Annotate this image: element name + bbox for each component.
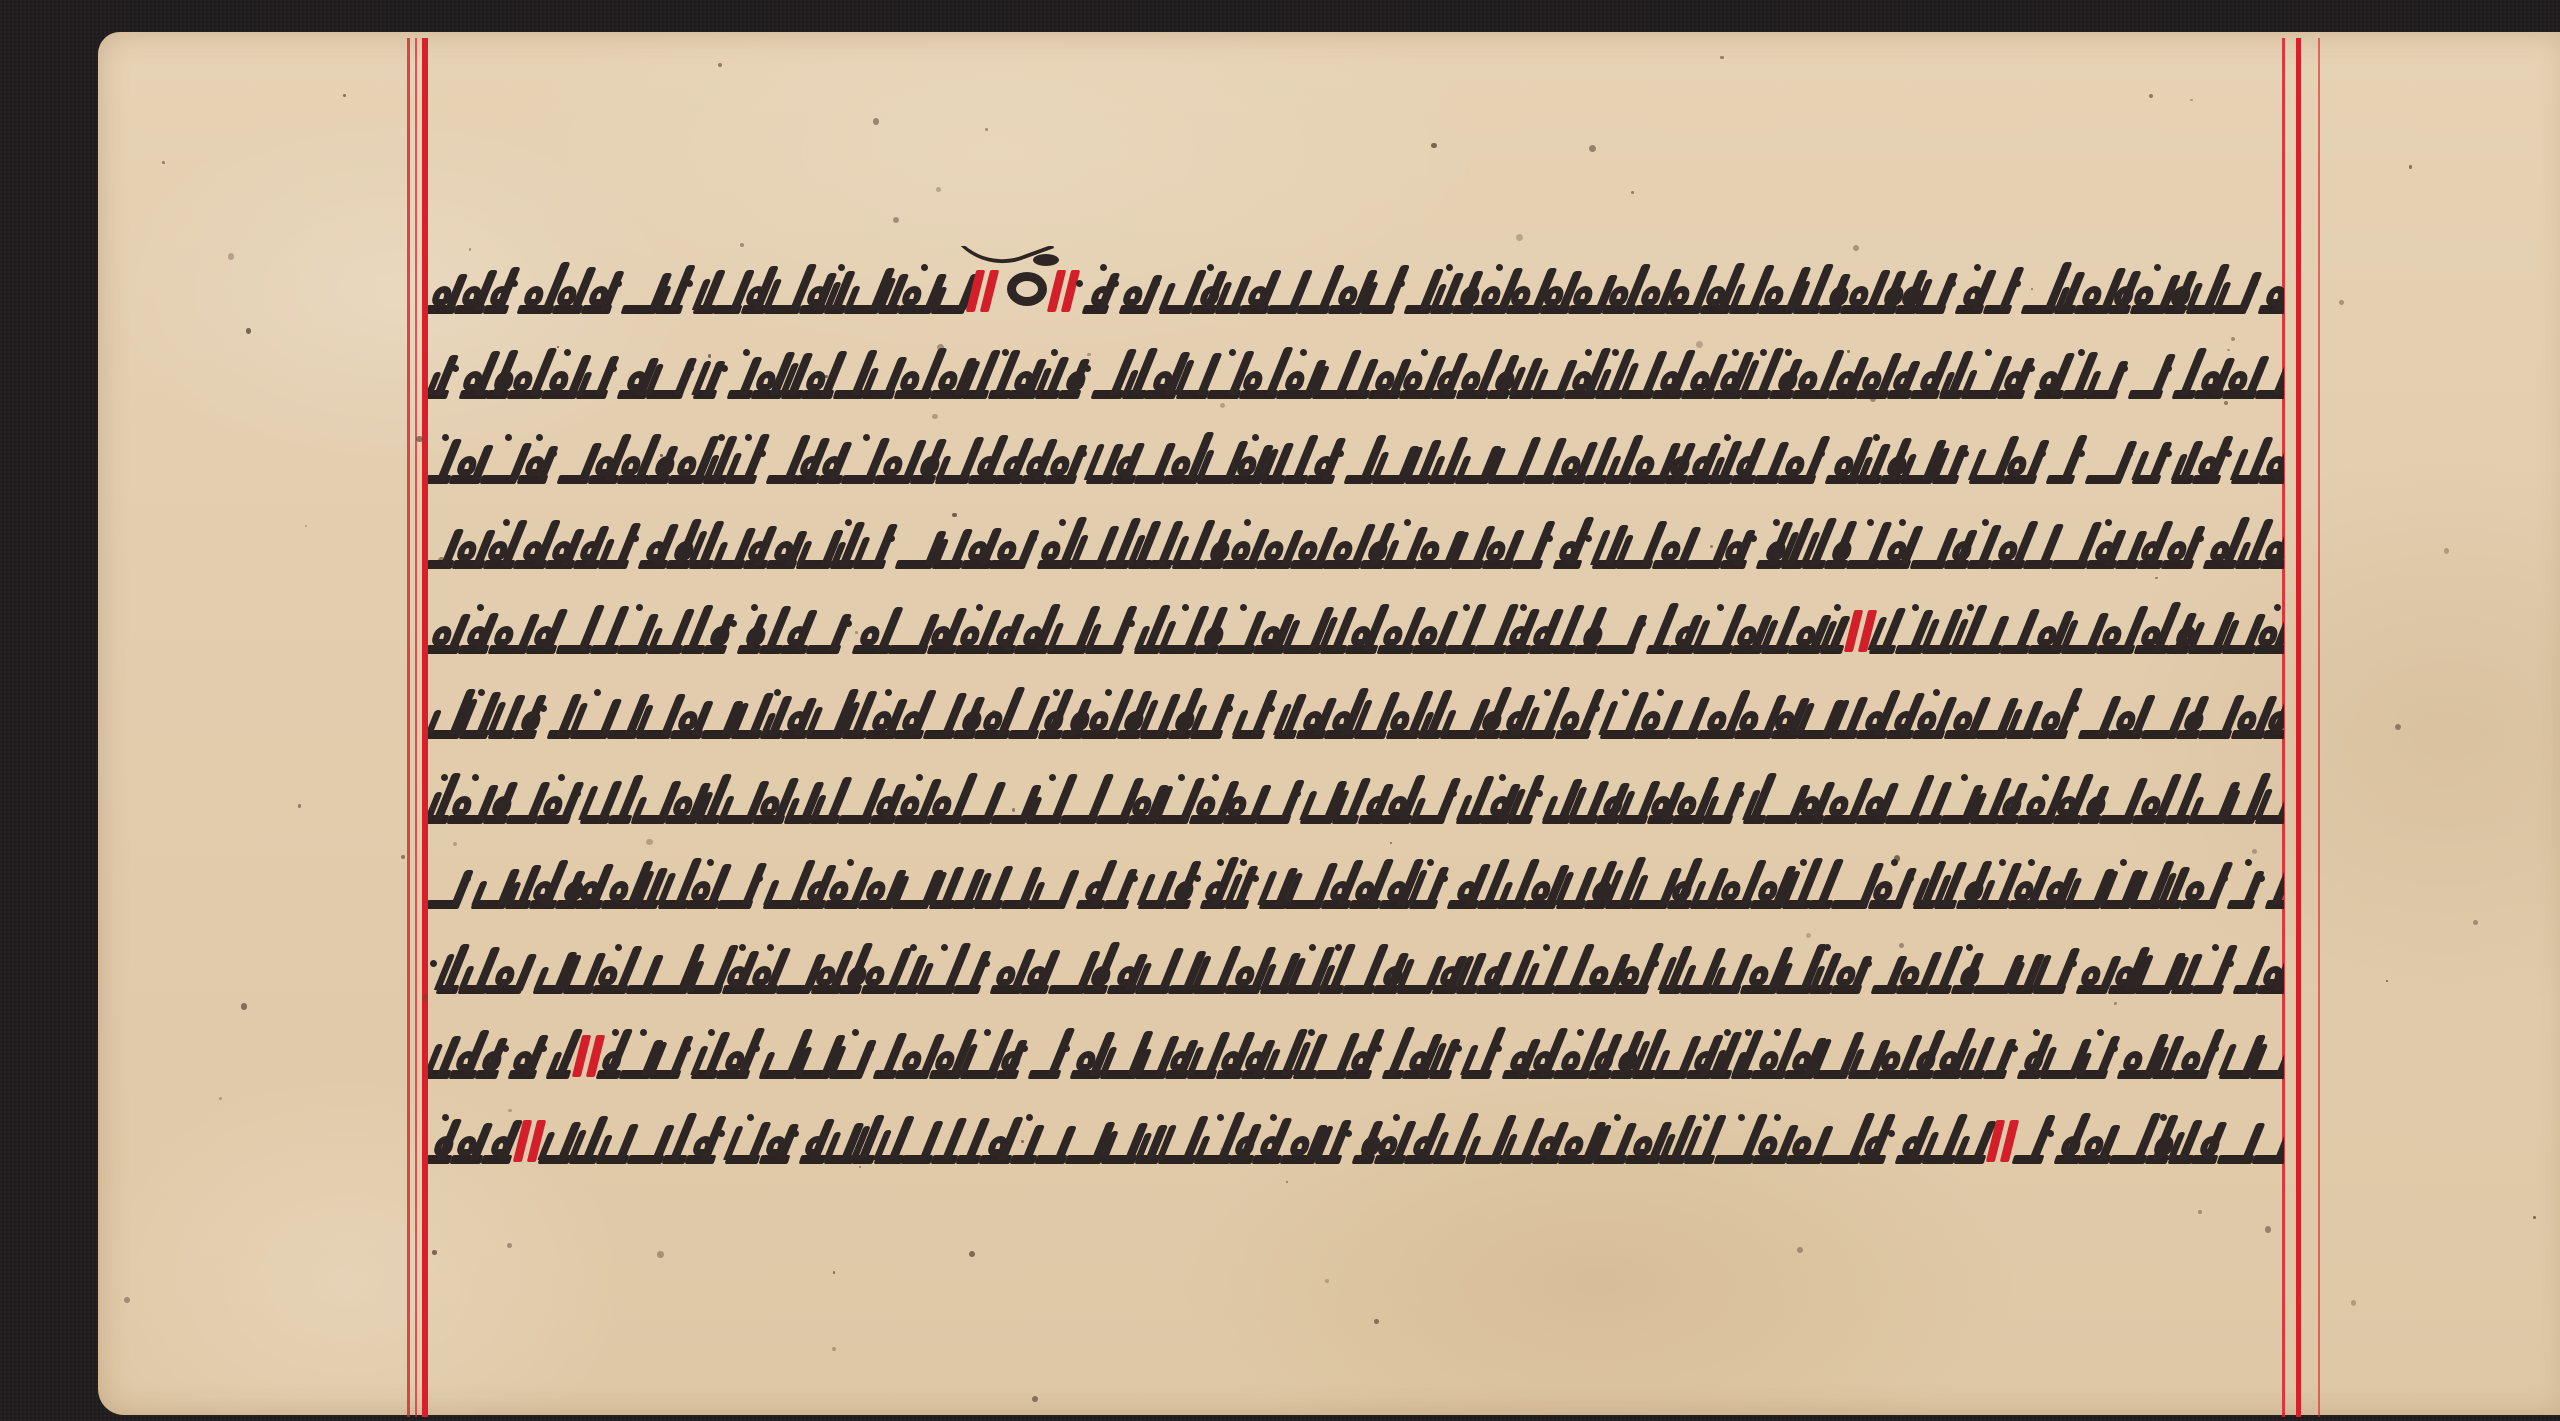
visarga-dot — [2068, 942, 2075, 998]
visarga-dot — [548, 432, 556, 488]
script-glyph — [1957, 1112, 1983, 1168]
script-glyph — [428, 772, 446, 828]
script-glyph — [2036, 942, 2063, 998]
script-glyph — [516, 687, 534, 743]
script-glyph — [1964, 347, 1996, 403]
script-glyph — [1737, 687, 1770, 743]
script-glyph — [1074, 517, 1104, 573]
script-glyph — [1322, 942, 1341, 998]
visarga-dot — [865, 1027, 872, 1083]
visarga-dot — [2163, 347, 2171, 403]
visarga-dot — [1439, 857, 1447, 913]
visarga-dot — [509, 262, 516, 318]
script-glyph — [721, 772, 752, 828]
script-glyph — [847, 262, 877, 318]
script-glyph — [1683, 942, 1710, 998]
script-glyph — [1671, 602, 1692, 658]
script-glyph — [802, 1112, 823, 1168]
visarga-dot — [1637, 602, 1645, 658]
script-glyph — [898, 942, 916, 998]
script-glyph — [1458, 432, 1487, 488]
visarga-dot — [2119, 347, 2127, 403]
script-glyph — [958, 602, 987, 658]
script-glyph — [1402, 347, 1431, 403]
script-glyph — [1587, 432, 1604, 488]
script-glyph — [977, 857, 1000, 913]
script-glyph — [898, 1027, 927, 1083]
script-glyph — [2140, 517, 2160, 573]
script-glyph — [1764, 602, 1787, 658]
script-glyph — [1925, 602, 1950, 658]
script-glyph — [1433, 262, 1451, 318]
script-glyph — [1859, 772, 1884, 828]
script-glyph — [2257, 602, 2284, 658]
script-glyph — [1347, 432, 1371, 488]
visarga-dot — [1082, 347, 1090, 403]
script-glyph — [956, 942, 978, 998]
red-double-danda — [1048, 262, 1070, 318]
script-glyph — [690, 942, 720, 998]
script-glyph — [1577, 602, 1595, 658]
visarga-dot — [1126, 602, 1134, 658]
script-glyph — [1131, 517, 1149, 573]
script-glyph — [1450, 857, 1476, 913]
script-glyph — [754, 347, 780, 403]
script-glyph — [461, 942, 485, 998]
script-glyph — [584, 262, 609, 318]
script-glyph — [1421, 687, 1439, 743]
script-glyph — [1670, 857, 1689, 913]
script-glyph — [1958, 262, 1981, 318]
left-margin-rule-2 — [415, 38, 417, 1417]
script-glyph — [1179, 347, 1206, 403]
script-glyph — [1843, 262, 1873, 318]
script-glyph — [1303, 772, 1331, 828]
script-glyph — [2230, 857, 2252, 913]
script-glyph — [634, 772, 664, 828]
script-glyph — [474, 857, 504, 913]
script-glyph — [641, 517, 665, 573]
visarga-dot — [2109, 1027, 2116, 1083]
script-glyph — [1628, 1112, 1658, 1168]
script-glyph — [1357, 687, 1384, 743]
script-glyph — [1825, 772, 1855, 828]
script-glyph — [671, 432, 702, 488]
script-glyph — [833, 517, 852, 573]
script-glyph — [934, 262, 963, 318]
script-glyph — [1171, 687, 1189, 743]
script-glyph — [544, 347, 575, 403]
script-glyph — [1459, 347, 1486, 403]
script-glyph — [1137, 432, 1162, 488]
script-glyph — [1032, 857, 1064, 913]
script-glyph — [977, 687, 1007, 743]
visarga-dot — [1448, 772, 1455, 828]
visarga-dot — [1863, 942, 1870, 998]
script-glyph — [694, 1027, 715, 1083]
script-glyph — [2088, 347, 2115, 403]
script-glyph — [1485, 517, 1511, 573]
script-glyph — [1348, 347, 1367, 403]
script-glyph — [1348, 1027, 1369, 1083]
script-glyph — [1668, 262, 1699, 318]
script-glyph — [1377, 1112, 1403, 1168]
script-glyph — [1232, 1112, 1251, 1168]
script-glyph — [856, 517, 883, 573]
script-glyph — [1824, 1112, 1858, 1168]
visarga-dot — [2076, 432, 2084, 488]
script-glyph — [1190, 1027, 1214, 1083]
script-glyph — [484, 1112, 509, 1168]
script-glyph — [1973, 772, 1997, 828]
script-glyph — [821, 432, 840, 488]
script-glyph — [595, 942, 625, 998]
script-glyph — [1512, 347, 1531, 403]
script-glyph — [428, 1112, 449, 1168]
manuscript-line-6 — [428, 671, 2284, 743]
script-glyph — [1805, 517, 1823, 573]
script-glyph — [932, 857, 952, 913]
script-glyph — [1040, 517, 1070, 573]
script-glyph — [1689, 517, 1719, 573]
script-glyph — [511, 1027, 534, 1083]
script-glyph — [689, 857, 716, 913]
script-glyph — [2162, 857, 2179, 913]
script-glyph — [2082, 772, 2098, 828]
script-glyph — [1657, 1027, 1685, 1083]
script-glyph — [1122, 262, 1147, 318]
script-glyph — [855, 1112, 872, 1168]
script-glyph — [938, 432, 967, 488]
script-glyph — [1500, 857, 1524, 913]
script-glyph — [2011, 942, 2032, 998]
script-glyph — [1296, 1027, 1314, 1083]
script-glyph — [1094, 347, 1121, 403]
script-glyph — [706, 602, 724, 658]
script-glyph — [1064, 687, 1081, 743]
script-glyph — [2043, 1027, 2075, 1083]
script-glyph — [1288, 857, 1320, 913]
script-glyph — [2234, 432, 2258, 488]
script-glyph — [827, 262, 843, 318]
script-glyph — [452, 432, 479, 488]
visarga-dot — [2037, 432, 2045, 488]
script-glyph — [1244, 1027, 1263, 1083]
script-glyph — [804, 347, 831, 403]
script-glyph — [1947, 687, 1976, 743]
script-glyph — [1491, 432, 1523, 488]
script-glyph — [1023, 942, 1046, 998]
visarga-dot — [2009, 1027, 2016, 1083]
script-glyph — [1408, 432, 1428, 488]
script-glyph — [2155, 1027, 2172, 1083]
script-glyph — [809, 602, 838, 658]
script-glyph — [1220, 602, 1252, 658]
script-glyph — [1633, 432, 1665, 488]
script-glyph — [1712, 432, 1730, 488]
visarga-dot — [630, 517, 638, 573]
script-glyph — [920, 942, 952, 998]
script-glyph — [2003, 602, 2027, 658]
script-glyph — [1743, 942, 1775, 998]
paper-speck — [2409, 165, 2413, 169]
script-glyph — [450, 772, 482, 828]
script-glyph — [1017, 602, 1046, 658]
script-glyph — [991, 347, 1008, 403]
script-glyph — [1834, 942, 1859, 998]
script-glyph — [2253, 1027, 2284, 1083]
script-glyph — [802, 262, 823, 318]
script-glyph — [1407, 1112, 1432, 1168]
script-glyph — [1535, 347, 1563, 403]
script-glyph — [1986, 1027, 2004, 1083]
script-glyph — [1505, 1027, 1527, 1083]
script-glyph — [1700, 687, 1733, 743]
paper-speck — [162, 161, 165, 164]
script-glyph — [428, 517, 451, 573]
paper-speck — [2265, 1226, 2271, 1232]
script-glyph — [999, 1027, 1016, 1083]
script-glyph — [1823, 602, 1841, 658]
script-glyph — [963, 1027, 995, 1083]
visarga-dot — [2256, 857, 2264, 913]
visarga-dot — [1816, 432, 1824, 488]
script-glyph — [1942, 347, 1960, 403]
script-glyph — [2260, 942, 2284, 998]
script-glyph — [1479, 942, 1499, 998]
script-glyph — [1993, 517, 2022, 573]
script-glyph — [1147, 347, 1174, 403]
script-glyph — [1435, 1112, 1463, 1168]
script-glyph — [1279, 347, 1311, 403]
script-glyph — [1689, 432, 1709, 488]
script-glyph — [2191, 602, 2221, 658]
visarga-dot — [886, 517, 894, 573]
script-glyph — [1286, 432, 1305, 488]
script-glyph — [1734, 602, 1760, 658]
script-glyph — [2000, 772, 2016, 828]
visarga-dot — [684, 262, 691, 318]
script-glyph — [926, 687, 952, 743]
script-glyph — [599, 1112, 626, 1168]
script-glyph — [1532, 602, 1552, 658]
script-glyph — [2020, 772, 2052, 828]
script-glyph — [1761, 262, 1792, 318]
script-glyph — [766, 857, 798, 913]
visarga-dot — [538, 1027, 545, 1083]
script-glyph — [572, 1112, 595, 1168]
script-glyph — [2037, 347, 2061, 403]
script-glyph — [509, 772, 535, 828]
script-glyph — [2234, 687, 2262, 743]
visarga-dot — [1748, 517, 1756, 573]
script-glyph — [486, 772, 505, 828]
script-glyph — [658, 262, 680, 318]
script-glyph — [992, 517, 1024, 573]
script-glyph — [559, 602, 589, 658]
script-glyph — [2222, 1027, 2249, 1083]
script-glyph — [455, 517, 482, 573]
script-glyph — [428, 687, 458, 743]
script-glyph — [1943, 772, 1969, 828]
script-glyph — [1326, 517, 1359, 573]
script-glyph — [749, 942, 775, 998]
script-glyph — [2020, 1027, 2039, 1083]
script-glyph — [1331, 262, 1360, 318]
paper-speck — [832, 1347, 836, 1351]
script-glyph — [1619, 517, 1650, 573]
script-glyph — [964, 517, 989, 573]
script-glyph — [1068, 1112, 1100, 1168]
paper-speck — [305, 525, 307, 527]
script-glyph — [1468, 1112, 1500, 1168]
script-glyph — [2040, 857, 2064, 913]
manuscript-line-11 — [428, 1096, 2284, 1168]
script-glyph — [2031, 602, 2060, 658]
script-glyph — [2011, 857, 2037, 913]
script-glyph — [1198, 602, 1216, 658]
script-glyph — [1515, 517, 1540, 573]
script-glyph — [1935, 1027, 1959, 1083]
script-glyph — [877, 1112, 901, 1168]
script-glyph — [2195, 432, 2218, 488]
script-glyph — [991, 602, 1013, 658]
visarga-dot — [1335, 432, 1343, 488]
script-glyph — [1543, 262, 1567, 318]
visarga-dot — [1067, 857, 1075, 913]
script-glyph — [1635, 1027, 1653, 1083]
script-glyph — [933, 347, 962, 403]
visarga-dot — [843, 602, 851, 658]
script-glyph — [1104, 1112, 1134, 1168]
script-glyph — [1637, 262, 1665, 318]
script-glyph — [508, 857, 528, 913]
script-glyph — [486, 517, 512, 573]
script-glyph — [730, 347, 750, 403]
visarga-dot — [1947, 262, 1954, 318]
script-glyph — [1613, 1027, 1631, 1083]
script-glyph — [1913, 347, 1937, 403]
script-glyph — [1300, 262, 1327, 318]
script-glyph — [1011, 687, 1036, 743]
visarga-dot — [1224, 687, 1232, 743]
script-glyph — [2068, 857, 2099, 913]
script-glyph — [2135, 432, 2158, 488]
script-glyph — [762, 1112, 787, 1168]
script-glyph — [2266, 687, 2284, 743]
script-glyph — [428, 1027, 448, 1083]
script-glyph — [1603, 687, 1633, 743]
script-glyph — [1228, 857, 1246, 913]
script-glyph — [1689, 1027, 1710, 1083]
visarga-dot — [728, 602, 736, 658]
script-glyph — [956, 687, 973, 743]
script-glyph — [2133, 262, 2164, 318]
script-glyph — [2000, 347, 2022, 403]
paper-speck — [432, 1250, 437, 1255]
script-glyph — [1816, 1027, 1846, 1083]
paper-speck — [2198, 1210, 2202, 1214]
script-glyph — [1662, 942, 1679, 998]
script-glyph — [2144, 687, 2175, 743]
script-glyph — [1555, 602, 1573, 658]
visarga-dot — [462, 857, 470, 913]
script-glyph — [1038, 347, 1057, 403]
script-glyph — [539, 772, 568, 828]
script-glyph — [1125, 347, 1144, 403]
script-glyph — [2220, 1112, 2251, 1168]
script-glyph — [439, 942, 456, 998]
script-glyph — [1767, 772, 1795, 828]
script-glyph — [1759, 517, 1780, 573]
script-glyph — [1277, 687, 1294, 743]
script-glyph — [2079, 942, 2106, 998]
script-glyph — [1713, 1027, 1729, 1083]
script-glyph — [930, 602, 954, 658]
script-glyph — [728, 432, 754, 488]
script-glyph — [1713, 942, 1738, 998]
script-glyph — [2175, 347, 2193, 403]
script-glyph — [1915, 687, 1942, 743]
script-glyph — [2088, 432, 2120, 488]
script-glyph — [489, 347, 506, 403]
script-glyph — [665, 1112, 684, 1168]
script-glyph — [1675, 772, 1702, 828]
script-glyph — [650, 602, 680, 658]
paper-speck — [298, 804, 301, 807]
script-glyph — [1526, 687, 1553, 743]
script-glyph — [624, 262, 655, 318]
script-glyph — [649, 432, 667, 488]
script-glyph — [1490, 347, 1507, 403]
paper-speck — [241, 1003, 247, 1009]
script-glyph — [1732, 262, 1757, 318]
script-glyph — [1475, 262, 1505, 318]
script-glyph — [639, 857, 656, 913]
script-glyph — [1567, 347, 1594, 403]
script-glyph — [1528, 857, 1554, 913]
script-glyph — [1596, 1112, 1624, 1168]
paper-speck — [507, 1243, 512, 1248]
script-glyph — [997, 432, 1020, 488]
script-glyph — [1454, 517, 1481, 573]
script-glyph — [1916, 857, 1933, 913]
script-glyph — [654, 942, 686, 998]
script-glyph — [891, 602, 925, 658]
visarga-dot — [719, 347, 727, 403]
visarga-dot — [2070, 687, 2078, 743]
script-glyph — [1935, 432, 1956, 488]
script-glyph — [1572, 772, 1595, 828]
script-glyph — [2268, 857, 2284, 913]
script-glyph — [1088, 602, 1121, 658]
script-glyph — [813, 772, 837, 828]
script-glyph — [2183, 857, 2215, 913]
script-glyph — [2195, 942, 2221, 998]
script-glyph — [1925, 1112, 1953, 1168]
script-glyph — [1508, 602, 1528, 658]
script-glyph — [1874, 942, 1895, 998]
script-glyph — [1871, 857, 1901, 913]
script-glyph — [2079, 1027, 2105, 1083]
script-glyph — [1345, 942, 1372, 998]
script-glyph — [2081, 687, 2107, 743]
script-glyph — [1364, 262, 1392, 318]
script-glyph — [1363, 517, 1382, 573]
script-glyph — [1106, 857, 1126, 913]
script-glyph — [428, 347, 446, 403]
red-double-danda — [1987, 1112, 2011, 1168]
